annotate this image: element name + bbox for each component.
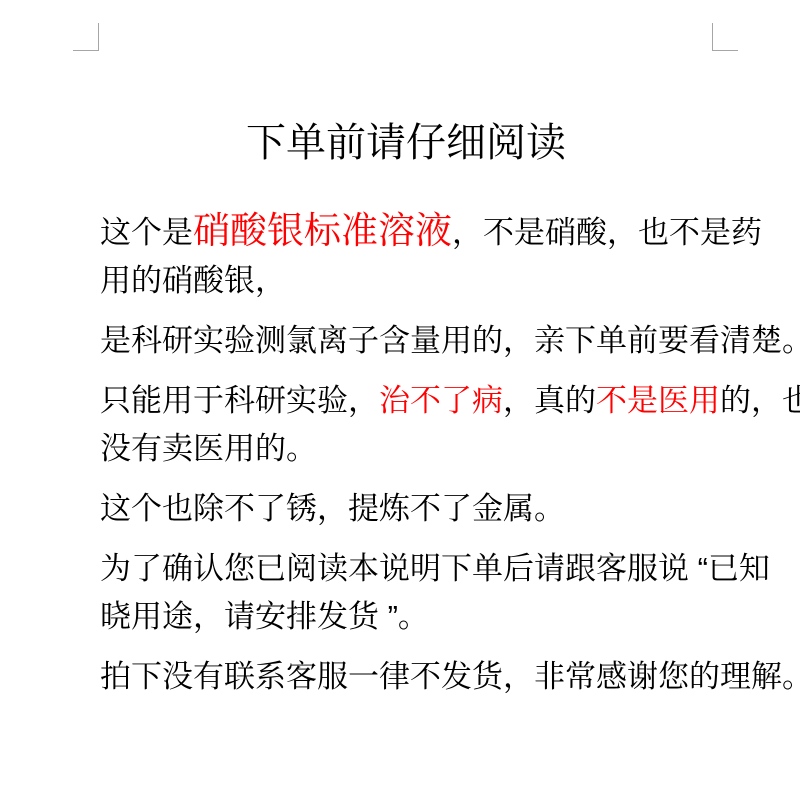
- paragraph: 这个也除不了锈，提炼不了金属。: [100, 485, 712, 533]
- text-line: 这个也除不了锈，提炼不了金属。: [100, 485, 712, 533]
- text-line: 为了确认您已阅读本说明下单后请跟客服说 “已知: [100, 545, 712, 593]
- text-run: 这个是: [100, 215, 193, 250]
- text-run: 没有卖医用的。: [100, 431, 317, 466]
- text-run: 用的硝酸银，: [100, 263, 286, 298]
- page-corner-mark-top-left: [73, 23, 99, 51]
- text-run: 拍下没有联系客服一律不发货，非常感谢您的理解。: [100, 659, 800, 694]
- text-line: 晓用途，请安排发货 ”。: [100, 593, 712, 641]
- text-run: 是科研实验测氯离子含量用的，亲下单前要看清楚。: [100, 323, 800, 358]
- text-run: 只能用于科研实验，: [100, 383, 379, 418]
- document-body: 这个是硝酸银标准溶液，不是硝酸，也不是药用的硝酸银，是科研实验测氯离子含量用的，…: [100, 207, 712, 701]
- highlight-run: 硝酸银标准溶液: [193, 210, 452, 251]
- page-corner-mark-top-right: [712, 23, 738, 51]
- text-run: ，不是硝酸，也不是药: [452, 215, 762, 250]
- paragraph: 为了确认您已阅读本说明下单后请跟客服说 “已知晓用途，请安排发货 ”。: [100, 545, 712, 641]
- text-run: 的，也: [720, 383, 800, 418]
- paragraph: 只能用于科研实验，治不了病，真的不是医用的，也没有卖医用的。: [100, 377, 712, 473]
- text-run: ，真的: [503, 383, 596, 418]
- document-content: 下单前请仔细阅读 这个是硝酸银标准溶液，不是硝酸，也不是药用的硝酸银，是科研实验…: [100, 0, 712, 701]
- text-run: 这个也除不了锈，提炼不了金属。: [100, 491, 565, 526]
- text-line: 用的硝酸银，: [100, 257, 712, 305]
- highlight-run: 不是医用: [596, 383, 720, 418]
- text-line: 没有卖医用的。: [100, 425, 712, 473]
- highlight-run: 治不了病: [379, 383, 503, 418]
- text-line: 是科研实验测氯离子含量用的，亲下单前要看清楚。: [100, 317, 712, 365]
- text-line: 拍下没有联系客服一律不发货，非常感谢您的理解。: [100, 653, 712, 701]
- text-line: 只能用于科研实验，治不了病，真的不是医用的，也: [100, 377, 712, 425]
- text-run: 为了确认您已阅读本说明下单后请跟客服说 “已知: [100, 551, 770, 586]
- paragraph: 这个是硝酸银标准溶液，不是硝酸，也不是药用的硝酸银，: [100, 207, 712, 305]
- paragraph: 是科研实验测氯离子含量用的，亲下单前要看清楚。: [100, 317, 712, 365]
- text-run: 晓用途，请安排发货 ”。: [100, 599, 429, 634]
- document-title: 下单前请仔细阅读: [100, 120, 712, 166]
- paragraph: 拍下没有联系客服一律不发货，非常感谢您的理解。: [100, 653, 712, 701]
- document-page: 下单前请仔细阅读 这个是硝酸银标准溶液，不是硝酸，也不是药用的硝酸银，是科研实验…: [0, 0, 800, 800]
- text-line: 这个是硝酸银标准溶液，不是硝酸，也不是药: [100, 207, 712, 257]
